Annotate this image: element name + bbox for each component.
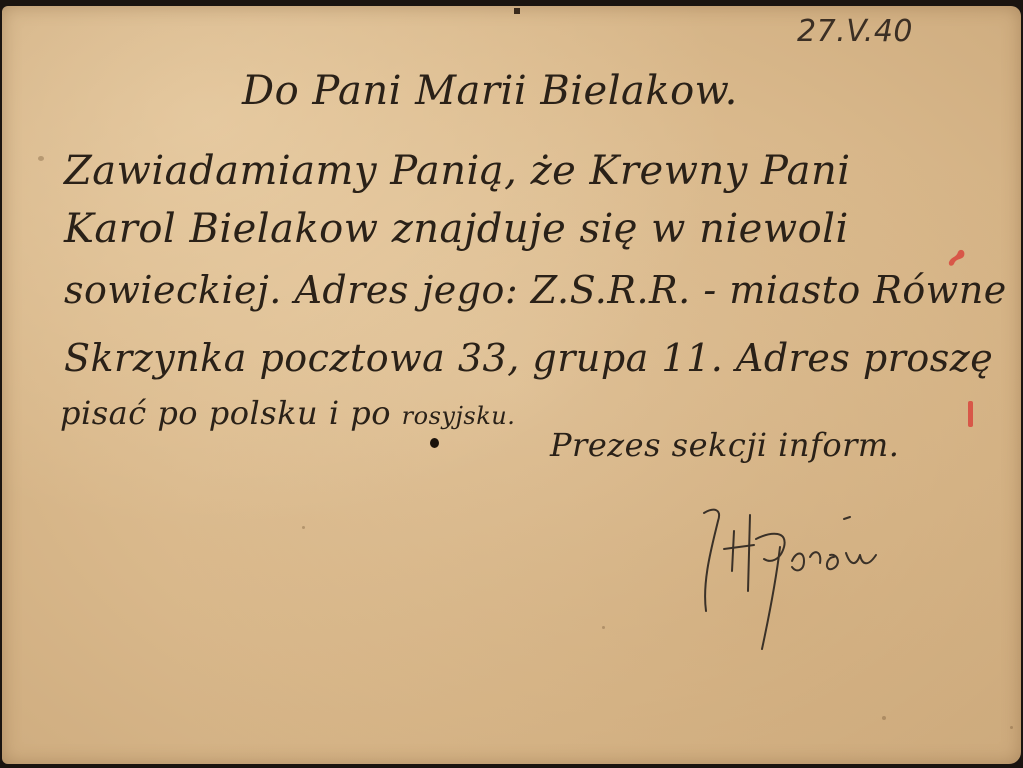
- paper-speck: [882, 716, 886, 720]
- body-line-4: Skrzynka pocztowa 33, grupa 11. Adres pr…: [64, 336, 993, 380]
- red-stain: [968, 401, 973, 427]
- body-line-1: Zawiadamiamy Panią, że Krewny Pani: [64, 148, 851, 194]
- body-line-5-main: pisać po polsku i po: [60, 394, 402, 432]
- paper-speck: [1010, 726, 1013, 729]
- body-line-5: pisać po polsku i po rosyjsku.: [60, 394, 515, 432]
- paper-speck: [38, 156, 44, 161]
- body-line-3: sowieckiej. Adres jego: Z.S.R.R. - miast…: [64, 268, 1007, 312]
- paper-speck: [302, 526, 305, 529]
- paper-speck: [602, 626, 605, 629]
- body-line-2: Karol Bielakow znajduje się w niewoli: [64, 206, 849, 252]
- closing-line: Prezes sekcji inform.: [550, 426, 899, 464]
- postcard-date: 27.V.40: [797, 14, 913, 49]
- red-stain: [946, 246, 968, 268]
- postcard: 27.V.40 Do Pani Marii Bielakow. Zawiadam…: [2, 6, 1021, 764]
- body-line-5-small: rosyjsku.: [402, 402, 516, 430]
- salutation: Do Pani Marii Bielakow.: [242, 68, 738, 114]
- ink-blot: [430, 438, 439, 448]
- signature-icon: [692, 501, 892, 651]
- paper-notch: [514, 8, 520, 14]
